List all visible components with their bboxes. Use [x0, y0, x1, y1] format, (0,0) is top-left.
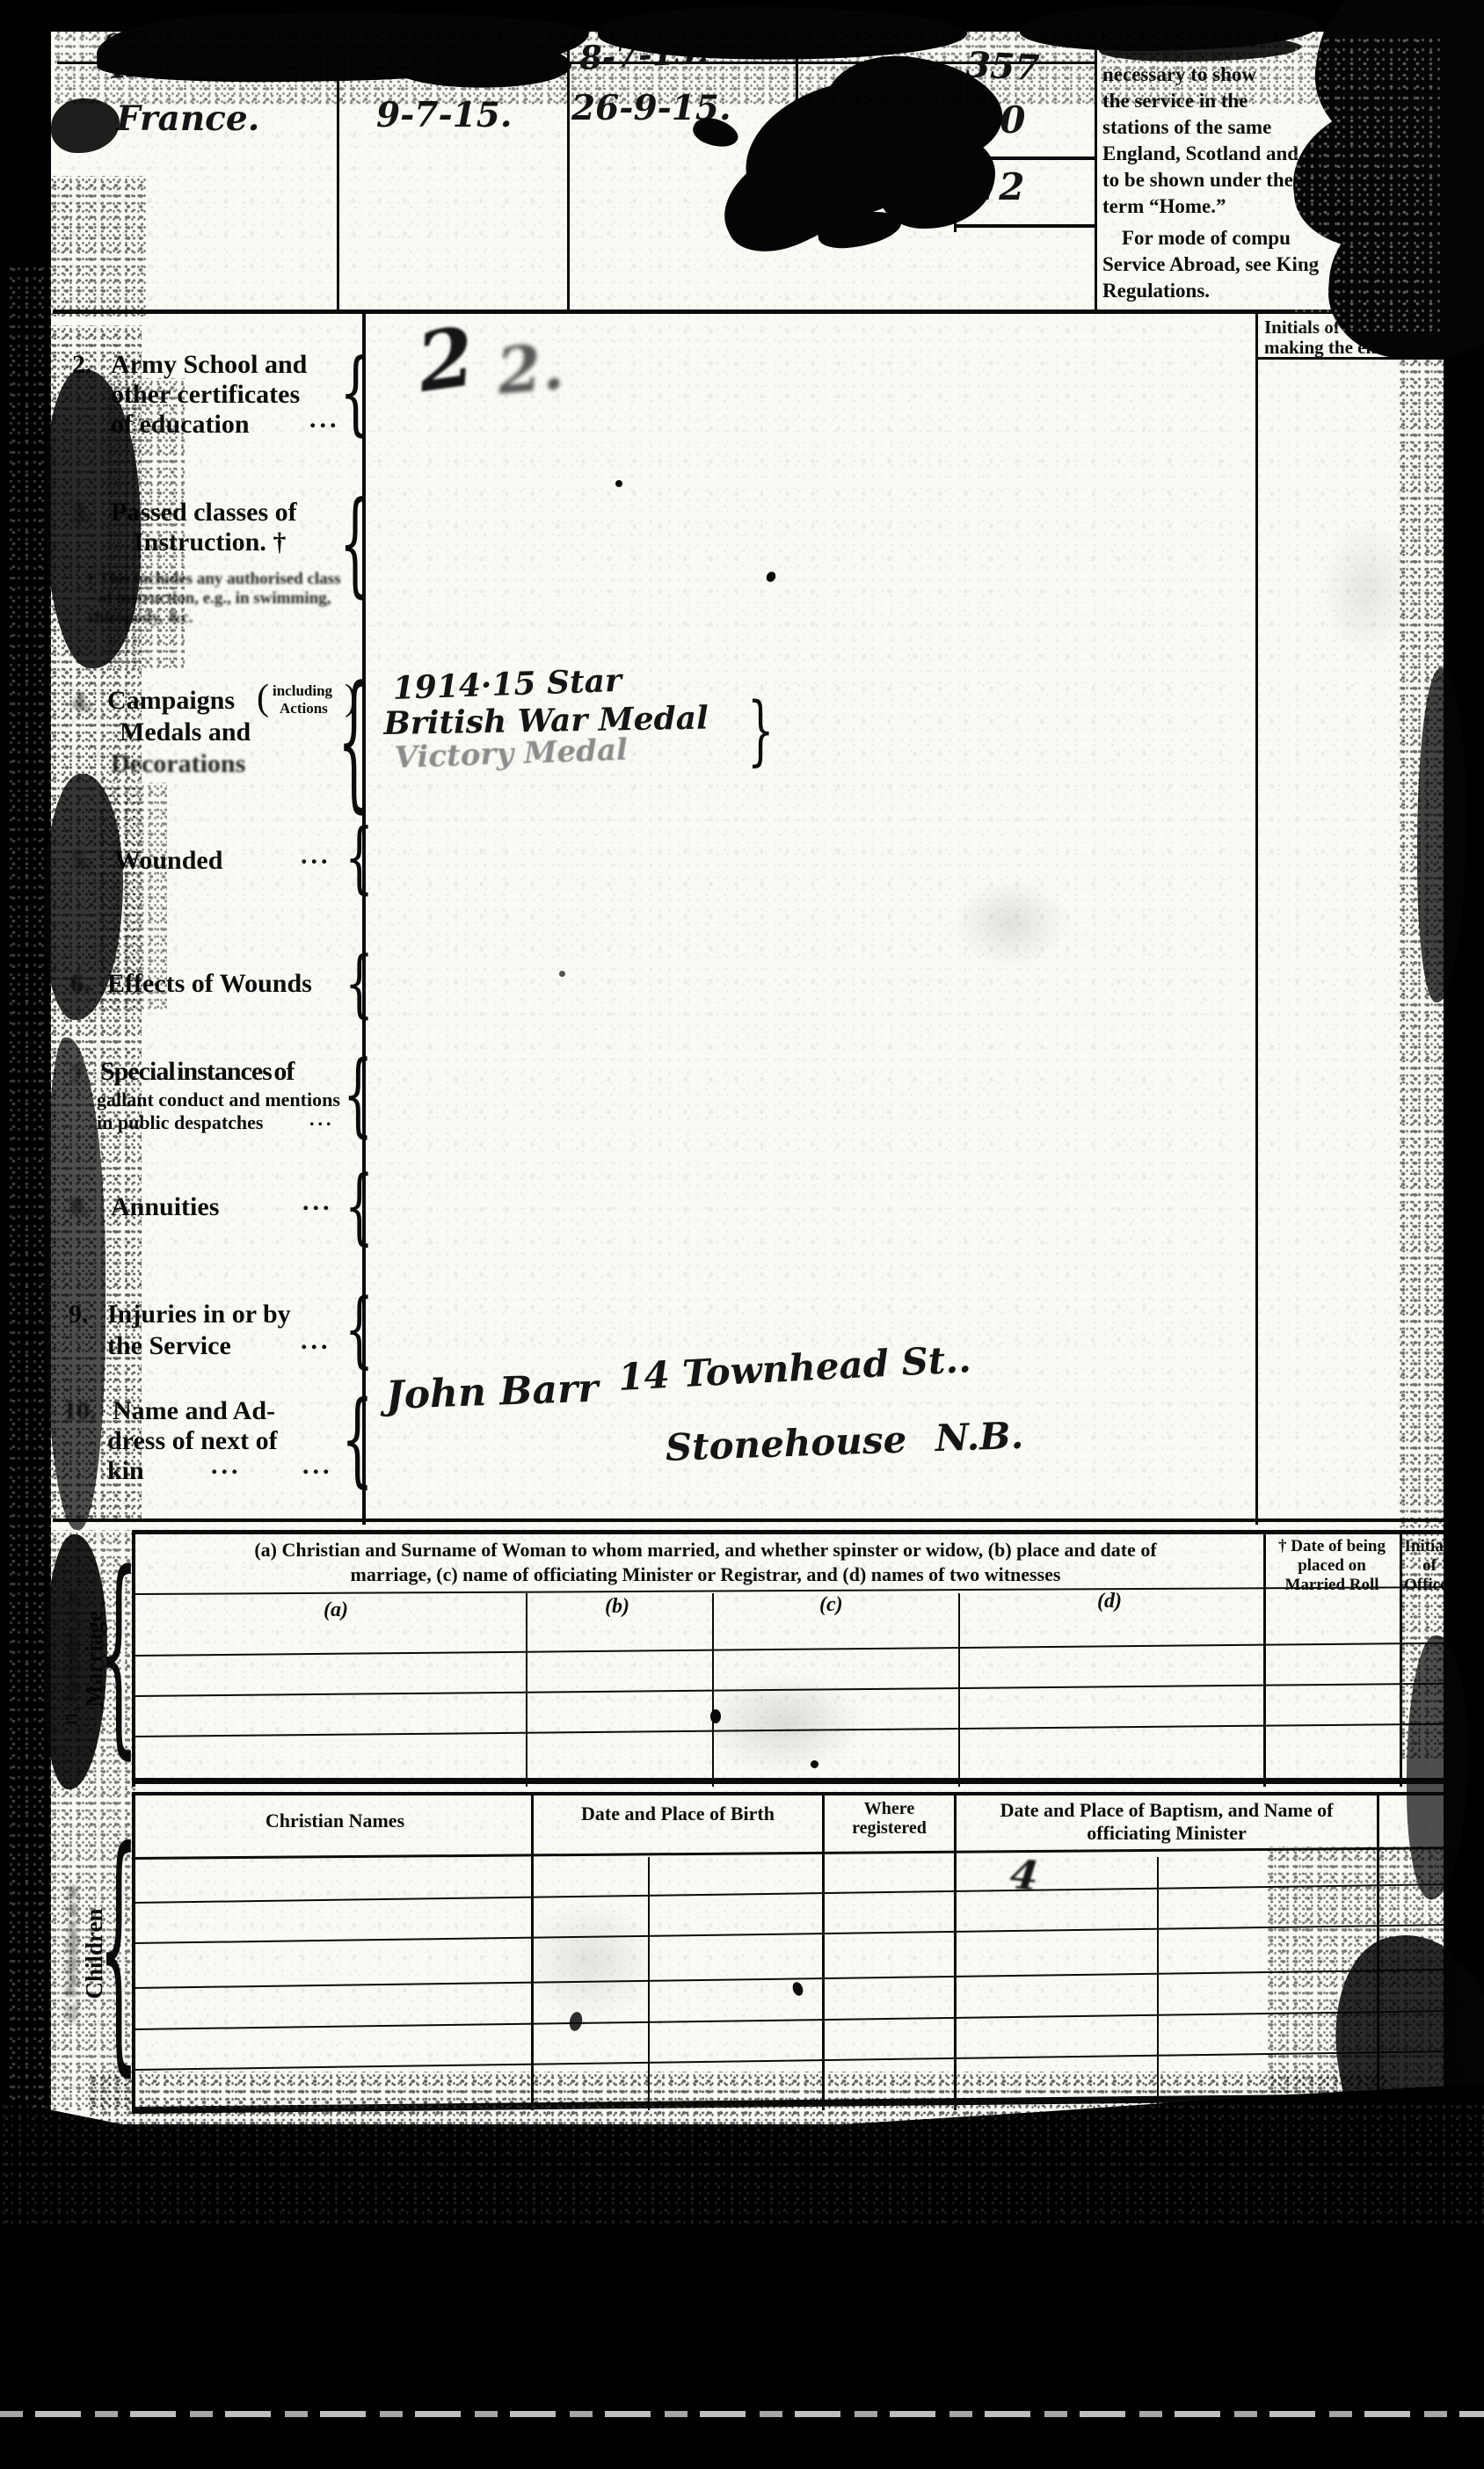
edge-speckle: [105, 378, 185, 668]
row-brace: {: [341, 1387, 374, 1489]
col-label-b: (b): [605, 1595, 629, 1619]
paren: (: [257, 677, 269, 719]
row-brace: {: [345, 819, 374, 897]
married-roll-header: Married Roll: [1266, 1576, 1398, 1595]
col-label-c: (c): [819, 1593, 843, 1617]
item-dots: ...: [309, 404, 340, 434]
notice-line: For mode of compu: [1122, 227, 1291, 250]
notice-line: stations of the same: [1102, 116, 1271, 139]
children-col-header: Date and Place of Birth: [534, 1803, 822, 1825]
notice-line: Service Abroad, see King: [1102, 253, 1319, 276]
row-brace: {: [343, 1050, 373, 1140]
ink-speck: [811, 1760, 818, 1768]
children-col-header: Christian Names: [139, 1810, 531, 1832]
marriage-header: (a) Christian and Surname of Woman to wh…: [154, 1539, 1257, 1562]
marriage-box-top: [132, 1530, 1455, 1534]
item-label-small: Actions: [280, 700, 328, 717]
notice-line: England, Scotland and: [1102, 142, 1298, 165]
medal-bracket: }: [747, 693, 775, 768]
married-roll-header: † Date of being: [1266, 1537, 1398, 1556]
initials-column-rule: [1255, 310, 1258, 1525]
children-col-header: officiating Minister: [957, 1822, 1377, 1845]
row-brace: {: [345, 1289, 374, 1372]
edge-speckle: [1398, 352, 1459, 1759]
row-brace: {: [345, 1166, 374, 1249]
edge-speckle: [7, 264, 51, 2110]
children-col-rule: [822, 1792, 825, 2110]
children-col-header: Date and Place of Baptism, and Name of: [957, 1799, 1377, 1822]
children-col-header: Where: [825, 1799, 954, 1819]
item-dots: ...: [301, 841, 331, 870]
ink-speck: [615, 480, 622, 487]
section-rule: [53, 1519, 1449, 1522]
item-label-small: including: [273, 682, 332, 700]
gray-smudge: [492, 1873, 686, 2049]
row-brace: {: [345, 948, 374, 1021]
ink-mark: 4: [1008, 1850, 1040, 1900]
gray-smudge: [668, 1653, 897, 1794]
item-dots: ...: [309, 1108, 335, 1131]
notice-line: Regulations.: [1102, 280, 1210, 302]
edge-speckle: [1266, 1846, 1459, 2110]
col-label-d: (d): [1097, 1590, 1122, 1613]
ink-mark: 2.: [494, 328, 566, 408]
bottom-scan-line: [0, 2411, 1484, 2417]
married-roll-header: placed on: [1266, 1556, 1398, 1576]
item-dots: ...: [302, 1187, 333, 1217]
edge-speckle: [1292, 35, 1442, 334]
edge-speckle: [97, 783, 167, 1011]
tally-rule: [954, 224, 1097, 228]
ink-speck: [710, 1709, 721, 1723]
edge-speckle: [49, 1530, 137, 2110]
children-col-header: registered: [825, 1818, 954, 1839]
row-brace: {: [339, 346, 372, 438]
kin-name-entry: John Barr: [385, 1366, 599, 1418]
item-dots: ...: [302, 1451, 333, 1481]
item-dots: ...: [211, 1451, 242, 1481]
col-label-a: (a): [324, 1599, 348, 1622]
edge-speckle: [53, 26, 1442, 106]
body-top-rule: [53, 310, 1449, 314]
edge-speckle: [49, 176, 146, 317]
marriage-col-rule: [526, 1593, 527, 1787]
row-brace: {: [338, 666, 370, 814]
ink-speck: [559, 971, 565, 977]
scanned-army-service-record: COUNTRY FROM Home 5.9.14 8-7-15. France.…: [0, 0, 1484, 2469]
gray-smudge: [932, 862, 1090, 985]
marriage-header: marriage, (c) name of officiating Minist…: [154, 1563, 1257, 1586]
edge-speckle: [0, 2101, 1484, 2225]
row-brace: {: [339, 489, 371, 602]
marriage-col-rule: [958, 1593, 960, 1787]
item-dots: ...: [301, 1326, 331, 1356]
notice-line: to be shown under the ge: [1102, 169, 1317, 192]
notice-line: term “Home.”: [1102, 195, 1226, 218]
